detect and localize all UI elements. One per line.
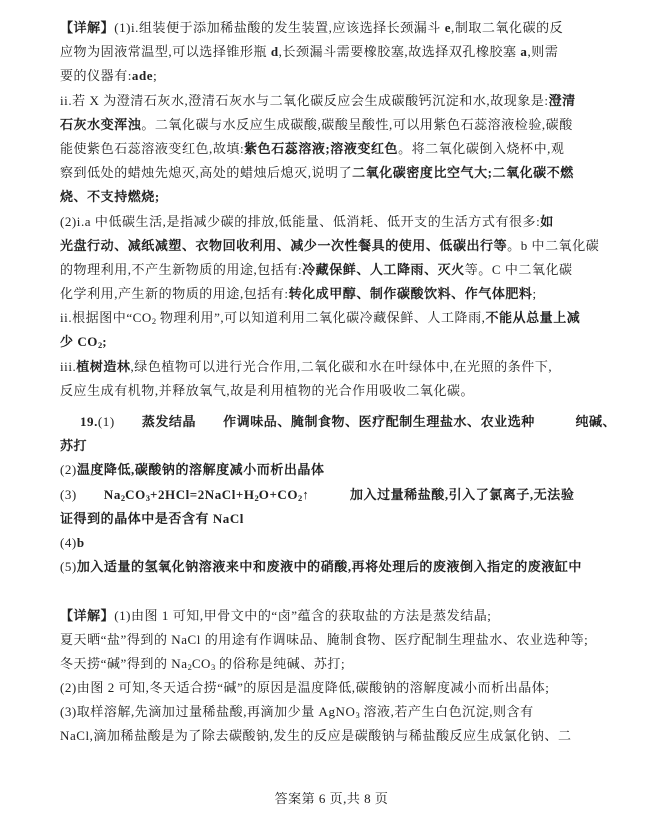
text-segment: 反应生成有机物,并释放氧气,故是利用植物的光合作用吸收二氧化碳。 (60, 383, 474, 398)
answer-text-bold: 烧、不支持燃烧; (60, 189, 160, 204)
text-segment: (2) (60, 462, 77, 477)
text-segment: (1)由图 1 可知,甲骨文中的“卤”蕴含的获取盐的方法是蒸发结晶; (114, 608, 491, 623)
answer-text-bold: d (271, 44, 279, 59)
text-segment: 溶液,若产生白色沉淀,则含有 (360, 704, 534, 719)
answer-text-bold: 加入适量的氢氧化钠溶液来中和废液中的硝酸,再将处理后的废液倒入指定的废液缸中 (77, 559, 582, 574)
text-segment: 。二氧化碳与水反应生成碳酸,碳酸呈酸性,可以用紫色石蕊溶液检验,碳酸 (141, 117, 572, 132)
answer-text-bold: 石灰水变浑浊 (60, 117, 141, 132)
text-line: 烧、不支持燃烧; (60, 185, 623, 209)
text-segment: 。b 中二氧化碳 (507, 238, 599, 253)
text-segment: 冬天捞“碱”得到的 Na (60, 656, 188, 671)
answer-text-bold: 【详解】 (60, 20, 114, 35)
text-line: 少 CO2; (60, 330, 623, 354)
text-line: 冬天捞“碱”得到的 Na2CO3 的俗称是纯碱、苏打; (60, 652, 623, 676)
text-line: 【详解】(1)由图 1 可知,甲骨文中的“卤”蕴含的获取盐的方法是蒸发结晶; (60, 604, 623, 628)
text-line: 察到低处的蜡烛先熄灭,高处的蜡烛后熄灭,说明了二氧化碳密度比空气大;二氧化碳不燃 (60, 161, 623, 185)
answer-text-bold: 苏打 (60, 438, 87, 453)
text-segment: 物理利用”,可以知道利用二氧化碳冷藏保鲜、人工降雨, (156, 310, 485, 325)
text-segment: CO (192, 656, 211, 671)
text-line: 的物理利用,不产生新物质的用途,包括有:冷藏保鲜、人工降雨、灭火等。C 中二氧化… (60, 258, 623, 282)
text-line: (5)加入适量的氢氧化钠溶液来中和废液中的硝酸,再将处理后的废液倒入指定的废液缸… (60, 555, 623, 579)
answer-text-bold: CO (125, 487, 146, 502)
text-segment (535, 414, 576, 429)
answer-text-bold: 蒸发结晶 (142, 414, 196, 429)
text-segment: 要的仪器有: (60, 68, 132, 83)
page-footer: 答案第 6 页,共 8 页 (0, 788, 663, 807)
text-segment: 的物理利用,不产生新物质的用途,包括有: (60, 262, 302, 277)
blank-line (60, 579, 623, 603)
text-segment: (4) (60, 535, 77, 550)
text-line: 光盘行动、减纸减塑、衣物回收利用、减少一次性餐具的使用、低碳出行等。b 中二氧化… (60, 234, 623, 258)
answer-text-bold: 紫色石蕊溶液;溶液变红色 (244, 141, 398, 156)
text-segment: ; (153, 68, 157, 83)
text-segment: (3)取样溶解,先滴加过量稀盐酸,再滴加少量 AgNO (60, 704, 355, 719)
text-line: iii.植树造林,绿色植物可以进行光合作用,二氧化碳和水在叶绿体中,在光照的条件… (60, 355, 623, 379)
text-line: (2)由图 2 可知,冬天适合捞“碱”的原因是温度降低,碳酸钠的溶解度减小而析出… (60, 676, 623, 700)
text-line: ii.若 X 为澄清石灰水,澄清石灰水与二氧化碳反应会生成碳酸钙沉淀和水,故现象… (60, 89, 623, 113)
answer-text-bold: 少 CO (60, 334, 98, 349)
document-page: 【详解】(1)i.组装便于添加稀盐酸的发生装置,应该选择长颈漏斗 e,制取二氧化… (0, 0, 663, 816)
answer-text-bold: 如 (540, 214, 554, 229)
answer-text-bold: Na (104, 487, 121, 502)
text-segment: (2)i.a 中低碳生活,是指减少碳的排放,低能量、低消耗、低开支的生活方式有很… (60, 214, 540, 229)
text-line: 化学利用,产生新的物质的用途,包括有:转化成甲醇、制作碳酸饮料、作气体肥料; (60, 282, 623, 306)
text-line: (4)b (60, 531, 623, 555)
text-segment: 能使紫色石蕊溶液变红色,故填: (60, 141, 244, 156)
text-segment: ,长颈漏斗需要橡胶塞,故选择双孔橡胶塞 (279, 44, 521, 59)
text-line: 苏打 (60, 434, 623, 458)
text-segment: (3) (60, 487, 77, 502)
text-segment: 等。C 中二氧化碳 (465, 262, 573, 277)
text-line: (3)取样溶解,先滴加过量稀盐酸,再滴加少量 AgNO3 溶液,若产生白色沉淀,… (60, 700, 623, 724)
text-line: 要的仪器有:ade; (60, 64, 623, 88)
answer-text-bold: 光盘行动、减纸减塑、衣物回收利用、减少一次性餐具的使用、低碳出行等 (60, 238, 507, 253)
text-segment: iii. (60, 359, 76, 374)
text-line: 应物为固液常温型,可以选择锥形瓶 d,长颈漏斗需要橡胶塞,故选择双孔橡胶塞 a,… (60, 40, 623, 64)
text-segment: 察到低处的蜡烛先熄灭,高处的蜡烛后熄灭,说明了 (60, 165, 352, 180)
text-line: 证得到的晶体中是否含有 NaCl (60, 507, 623, 531)
text-segment: NaCl,滴加稀盐酸是为了除去碳酸钠,发生的反应是碳酸钠与稀盐酸反应生成氯化钠、… (60, 728, 572, 743)
answer-text-bold: 纯碱、 (575, 414, 616, 429)
text-line: (2)温度降低,碳酸钠的溶解度减小而析出晶体 (60, 458, 623, 482)
answer-text-bold: 【详解】 (60, 608, 114, 623)
answer-text-bold: 证得到的晶体中是否含有 NaCl (60, 511, 244, 526)
text-segment: ,则需 (527, 44, 558, 59)
answer-text-bold: 澄清 (549, 93, 576, 108)
answer-text-bold: 植树造林 (76, 359, 130, 374)
answer-text-bold: 转化成甲醇、制作碳酸饮料、作气体肥料 (289, 286, 533, 301)
text-line: ii.根据图中“CO2 物理利用”,可以知道利用二氧化碳冷藏保鲜、人工降雨,不能… (60, 306, 623, 330)
answer-content: 【详解】(1)i.组装便于添加稀盐酸的发生装置,应该选择长颈漏斗 e,制取二氧化… (0, 0, 663, 749)
answer-text-bold: 19. (80, 414, 98, 429)
text-segment: ,绿色植物可以进行光合作用,二氧化碳和水在叶绿体中,在光照的条件下, (131, 359, 553, 374)
text-segment: (2)由图 2 可知,冬天适合捞“碱”的原因是温度降低,碳酸钠的溶解度减小而析出… (60, 680, 549, 695)
text-segment: ,制取二氧化碳的反 (451, 20, 563, 35)
answer-text-bold: ade (132, 68, 153, 83)
text-segment: 。将二氧化碳倒入烧杯中,观 (398, 141, 564, 156)
text-line: (2)i.a 中低碳生活,是指减少碳的排放,低能量、低消耗、低开支的生活方式有很… (60, 210, 623, 234)
text-segment (196, 414, 223, 429)
text-segment (115, 414, 142, 429)
text-line: (3) Na2CO3+2HCl=2NaCl+H2O+CO2↑ 加入过量稀盐酸,引… (60, 483, 623, 507)
answer-text-bold: b (77, 535, 85, 550)
text-segment: 夏天晒“盐”得到的 NaCl 的用途有作调味品、腌制食物、医疗配制生理盐水、农业… (60, 632, 588, 647)
text-segment: (1)i.组装便于添加稀盐酸的发生装置,应该选择长颈漏斗 (114, 20, 444, 35)
text-line: NaCl,滴加稀盐酸是为了除去碳酸钠,发生的反应是碳酸钠与稀盐酸反应生成氯化钠、… (60, 724, 623, 748)
answer-text-bold: ; (102, 334, 107, 349)
answer-text-bold: 二氧化碳密度比空气大;二氧化碳不燃 (352, 165, 574, 180)
text-segment (309, 487, 350, 502)
page-footer-text: 答案第 6 页,共 8 页 (275, 791, 389, 806)
text-segment: 的俗称是纯碱、苏打; (215, 656, 345, 671)
text-segment: ii.根据图中“CO (60, 310, 152, 325)
answer-text-bold: +2HCl=2NaCl+H (150, 487, 255, 502)
answer-text-bold: 温度降低,碳酸钠的溶解度减小而析出晶体 (77, 462, 325, 477)
text-line: 19.(1) 蒸发结晶 作调味品、腌制食物、医疗配制生理盐水、农业选种 纯碱、 (60, 410, 623, 434)
answer-text-bold: 作调味品、腌制食物、医疗配制生理盐水、农业选种 (223, 414, 535, 429)
text-segment: 化学利用,产生新的物质的用途,包括有: (60, 286, 289, 301)
text-line: 石灰水变浑浊。二氧化碳与水反应生成碳酸,碳酸呈酸性,可以用紫色石蕊溶液检验,碳酸 (60, 113, 623, 137)
answer-text-bold: 冷藏保鲜、人工降雨、灭火 (302, 262, 465, 277)
text-segment: ; (532, 286, 536, 301)
text-line: 【详解】(1)i.组装便于添加稀盐酸的发生装置,应该选择长颈漏斗 e,制取二氧化… (60, 16, 623, 40)
answer-text-bold: 加入过量稀盐酸,引入了氯离子,无法验 (350, 487, 574, 502)
answer-text-bold: 不能从总量上减 (485, 310, 580, 325)
text-segment: (5) (60, 559, 77, 574)
text-line: 能使紫色石蕊溶液变红色,故填:紫色石蕊溶液;溶液变红色。将二氧化碳倒入烧杯中,观 (60, 137, 623, 161)
text-line: 反应生成有机物,并释放氧气,故是利用植物的光合作用吸收二氧化碳。 (60, 379, 623, 403)
text-line: 夏天晒“盐”得到的 NaCl 的用途有作调味品、腌制食物、医疗配制生理盐水、农业… (60, 628, 623, 652)
text-segment: ii.若 X 为澄清石灰水,澄清石灰水与二氧化碳反应会生成碳酸钙沉淀和水,故现象… (60, 93, 549, 108)
answer-text-bold: O+CO (259, 487, 298, 502)
text-segment (77, 487, 104, 502)
text-segment: (1) (98, 414, 115, 429)
text-segment: 应物为固液常温型,可以选择锥形瓶 (60, 44, 271, 59)
